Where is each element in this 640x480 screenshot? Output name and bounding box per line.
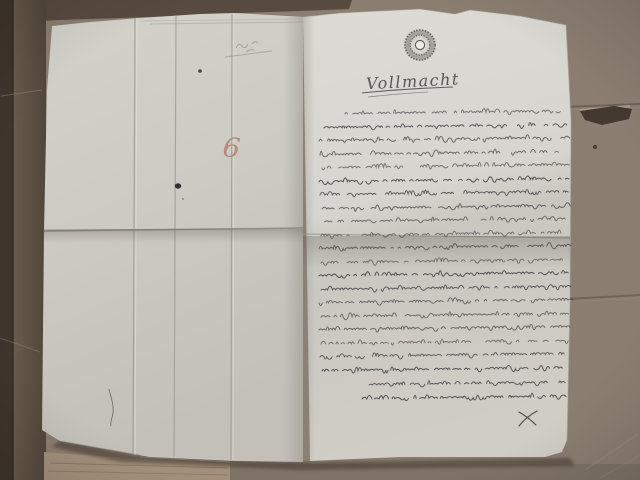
- photo-canvas: 6 Vollmacht: [0, 0, 640, 480]
- photo-vignette: [0, 0, 640, 480]
- photo-of-antique-document: 6 Vollmacht: [0, 0, 640, 480]
